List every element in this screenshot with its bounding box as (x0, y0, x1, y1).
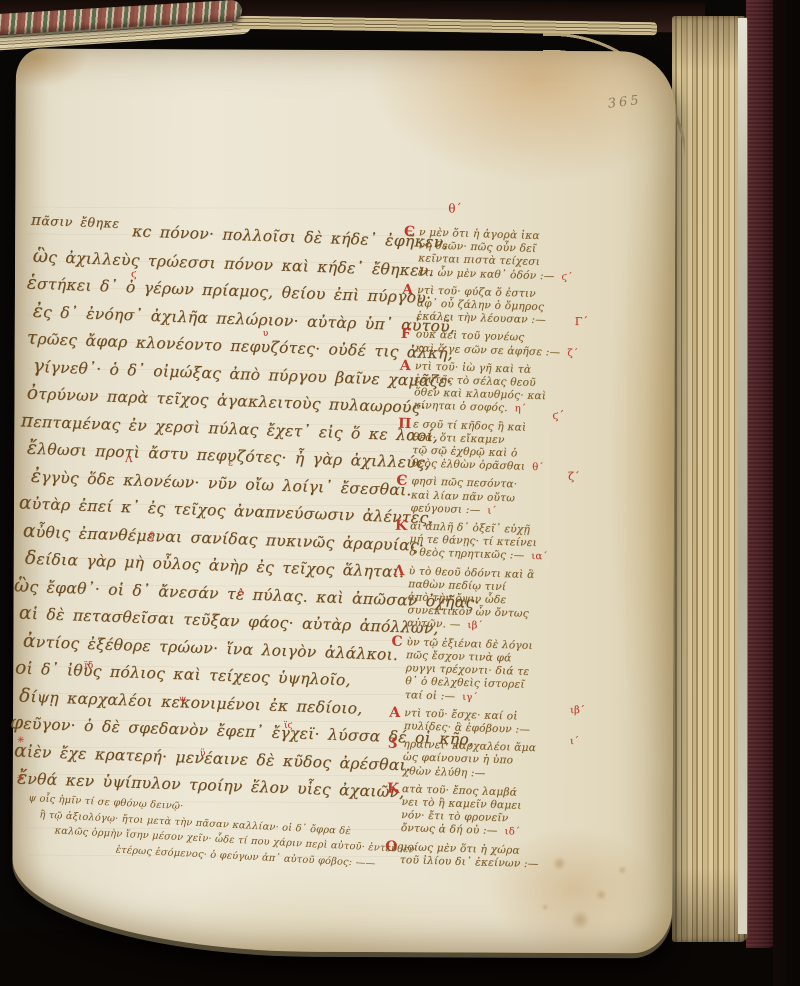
main-text-column: πᾶσιν ἔθηκεκϲ πόνον· πολλοῖσι δὲ κήδε᾽ ἐ… (11, 215, 439, 807)
scholion-block: Καὶ ἁπλῆ δ᾽ ὀξεῖ᾽ εὐχῇμή τε θάνῃς· τί κτ… (409, 520, 568, 564)
scholion-initial: Α (389, 704, 400, 720)
red-mark: ζ΄ (568, 471, 580, 482)
background-shadow (773, 0, 800, 986)
book-cover (746, 0, 775, 948)
red-mark: ϛ΄ (552, 410, 564, 421)
red-mark: ιβ΄ (570, 706, 585, 716)
scholion-block: Ϲὺν τῷ ἐξιέναι δὲ λόγοιπῶς ἔσχον τινὰ φά… (405, 636, 565, 707)
scholion-number: ι΄ (487, 505, 497, 516)
red-mark: Δ (238, 589, 245, 598)
scholion-number: ιγ΄ (462, 691, 478, 702)
red-mark: υ (263, 330, 269, 339)
scholion-block: Ϝοὐκ ἀεὶ τοῦ γονέωςκαὶ ὅ γε σῶν σε ἀφῆσε… (415, 329, 574, 360)
red-mark: ϋ (200, 749, 206, 758)
red-mark: ϛ (131, 270, 137, 280)
red-mark: ι΄ (570, 737, 579, 747)
red-mark: ϊδ (84, 662, 93, 671)
scholion-block: Πε σοῦ τί κῆδος ἢ καὶθεά· ὅτι εἴκαμεντῷ … (412, 418, 572, 476)
scholion-block: Ʒηραίνει· καρχαλέοι ἅμαὡς φαίνουσιν ἡ ὑπ… (402, 738, 561, 782)
red-mark: θ΄ (448, 202, 461, 214)
scholion-number: ζ΄ (567, 348, 578, 359)
scholion-block: Єν μὲν ὅτι ἡ ἀγορὰ ἱκανὴ θεῶν· πῶς οὖν δ… (418, 226, 578, 284)
scholion-number: η΄ (515, 404, 527, 415)
scholion-initial: Λ (393, 562, 404, 578)
flyleaf-edge (738, 18, 747, 934)
scholion-initial: Α (400, 358, 411, 374)
red-mark: Γ΄ (575, 316, 588, 327)
folio-number: 365 (607, 90, 668, 112)
manuscript-page: 365 πᾶσιν ἔθηκεκϲ πόνον· πολλοῖσι δὲ κήδ… (12, 49, 676, 954)
red-mark: ✳ (17, 737, 25, 746)
scholion-initial: Κ (387, 780, 400, 796)
red-mark: ϑ (148, 532, 155, 542)
red-mark: Λ (125, 455, 132, 465)
red-mark: ε (228, 459, 233, 468)
scholion-block: Αντὶ τοῦ· ἔσχε· καί οἱπυλίδες· ἃ ἐφόβουν… (404, 707, 563, 738)
scholion-initial: Ʒ (388, 736, 398, 752)
scholion-number: θ΄ (532, 462, 544, 473)
scholion-initial: Π (398, 415, 412, 431)
scholion-initial: Є (404, 224, 416, 240)
scholion-number: ια΄ (531, 551, 548, 562)
scholion-block: Αντὶ τοῦ· φύζα ὅ ἐστινἀφ᾽ οὗ ζάλην ὁ ὅμη… (416, 284, 575, 328)
red-mark: ✳ (17, 775, 25, 784)
red-mark: ψ (179, 695, 186, 704)
scholion-block: Єφησὶ πῶς πεσόντα·καὶ λίαν πᾶν οὕτωφεύγο… (410, 476, 569, 520)
scholion-number: ιδ΄ (504, 827, 520, 838)
red-mark: ϊϛ (284, 722, 293, 731)
verse-opener-fragment: πᾶσιν ἔθηκε (31, 213, 120, 231)
scholion-block: Αντὶ τοῦ· ἰὼ γῆ καὶ τὰἑαυτῆς τὸ σέλας θε… (413, 360, 573, 418)
scholion-block: Λὺ τὸ θεοῦ ὀδόντι καὶ ἃπαθὼν πεδίῳ τινίἀ… (407, 565, 567, 636)
scholia-column: Єν μὲν ὅτι ἡ ἀγορὰ ἱκανὴ θεῶν· πῶς οὖν δ… (399, 226, 577, 876)
scholion-initial: Є (396, 473, 408, 489)
scholion-initial: Ϝ (401, 326, 411, 342)
scholion-initial: Α (402, 282, 413, 298)
scholion-number: ιβ΄ (467, 620, 483, 631)
scholion-number: ϛ΄ (561, 271, 572, 282)
scholion-initial: Κ (395, 518, 408, 534)
scholion-initial: Ϲ (391, 633, 403, 649)
